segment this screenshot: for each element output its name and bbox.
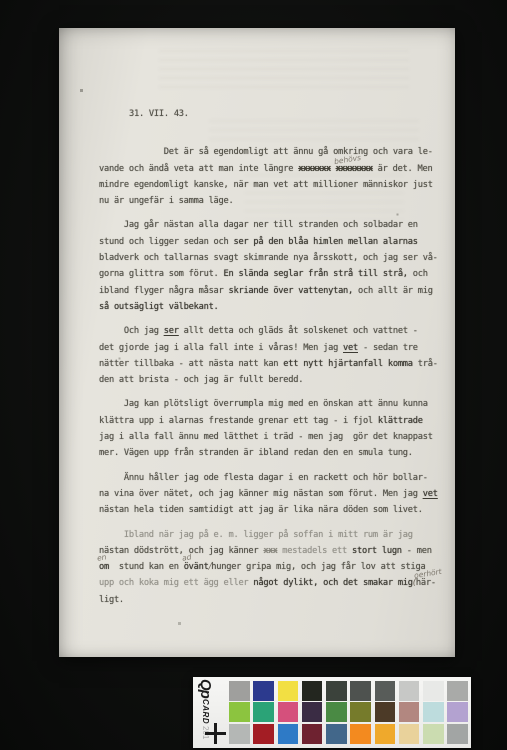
color-patch-row (229, 702, 468, 722)
typed-paragraph: Jag går nästan alla dagar ner till stran… (99, 217, 451, 315)
color-patch (423, 702, 444, 722)
typed-line: Jag kan plötsligt överrumpla mig med en … (99, 396, 451, 412)
color-patch (326, 724, 347, 744)
registration-cross-icon (205, 723, 226, 744)
color-patch-row (229, 681, 468, 701)
typed-paragraph: Ännu håller jag ode flesta dagar i en ra… (99, 470, 451, 519)
bleed-through-smudge (159, 50, 409, 92)
typed-line: jag i alla fall ännu med lätthet i träd … (99, 429, 451, 445)
typed-line: ligt. (99, 592, 451, 608)
color-patch (399, 702, 420, 722)
color-patch (447, 724, 468, 744)
typed-paragraph: Och jag ser allt detta och gläds åt sols… (99, 323, 451, 388)
color-patch (375, 702, 396, 722)
letter-body: Det är så egendomligt att ännu gå omkrin… (99, 144, 451, 608)
brand-qp: Qp (197, 679, 214, 698)
typed-line: nästan dödstrött, och jag känner xxx mes… (99, 543, 451, 559)
color-patch (350, 681, 371, 701)
typed-paragraph: Det är så egendomligt att ännu gå omkrin… (99, 144, 451, 209)
brand-card: CARD (201, 699, 210, 724)
typed-line: så outsägligt välbekant. (99, 299, 451, 315)
typed-line: Jag går nästan alla dagar ner till stran… (99, 217, 451, 233)
color-patch (302, 681, 323, 701)
color-patch (278, 681, 299, 701)
color-patch (278, 702, 299, 722)
color-patch (278, 724, 299, 744)
typed-line: na vina över nätet, och jag känner mig n… (99, 486, 451, 502)
color-calibration-card: QpCARD201 (193, 677, 471, 748)
typed-line: Och jag ser allt detta och gläds åt sols… (99, 323, 451, 339)
letter-date: 31. VII. 43. (129, 106, 451, 122)
handwritten-annotation: ad (181, 552, 192, 562)
typed-paragraph: Ibland när jag på e. m. ligger på soffan… (99, 527, 451, 608)
color-patch (375, 681, 396, 701)
typed-line: Ännu håller jag ode flesta dagar i en ra… (99, 470, 451, 486)
color-patch (423, 681, 444, 701)
color-patch (447, 681, 468, 701)
color-patch (229, 724, 250, 744)
color-patch (229, 681, 250, 701)
typed-line: Det är så egendomligt att ännu gå omkrin… (99, 144, 451, 160)
handwritten-annotation: en (96, 552, 107, 562)
typed-line: omen stund kan en öväntad/hunger gripa m… (99, 559, 451, 575)
typed-line: mindre egendomligt kanske, när man vet a… (99, 177, 451, 193)
typed-line: nästan hela tiden samtidigt att jag är l… (99, 502, 451, 518)
typed-line: stund och ligger sedan och ser på den bl… (99, 234, 451, 250)
typed-line: nätter tillbaka - att nästa natt kan ett… (99, 356, 451, 372)
typed-line: det gjorde jag i alla fall inte i våras!… (99, 340, 451, 356)
color-patch (253, 681, 274, 701)
typed-line: Ibland när jag på e. m. ligger på soffan… (99, 527, 451, 543)
color-patch (302, 702, 323, 722)
color-patch (302, 724, 323, 744)
color-patch (399, 681, 420, 701)
typed-line: gorna glittra som förut. En slända segla… (99, 266, 451, 282)
color-patch-grid (229, 677, 471, 748)
color-patch (399, 724, 420, 744)
color-patch (423, 724, 444, 744)
typed-line: den att brista - och jag är fullt beredd… (99, 372, 451, 388)
color-patch-row (229, 724, 468, 744)
color-patch (253, 702, 274, 722)
typed-line: mer. Vägen upp från stranden är ibland r… (99, 445, 451, 461)
card-label: QpCARD201 (193, 677, 229, 748)
color-patch (350, 702, 371, 722)
color-patch (375, 724, 396, 744)
color-patch (350, 724, 371, 744)
color-patch (447, 702, 468, 722)
typed-paragraph: Jag kan plötsligt överrumpla mig med en … (99, 396, 451, 461)
color-patch (229, 702, 250, 722)
color-patch (253, 724, 274, 744)
typed-line: klättra upp i alarnas frestande grenar e… (99, 413, 451, 429)
typed-line: ibland flyger några måsar skriande över … (99, 283, 451, 299)
scanned-photo: 31. VII. 43. Det är så egendomligt att ä… (0, 0, 507, 750)
letter-page: 31. VII. 43. Det är så egendomligt att ä… (59, 28, 455, 657)
color-patch (326, 702, 347, 722)
typed-line: upp och koka mig ett ägg eller något dyl… (99, 575, 451, 591)
dust-specks (59, 28, 60, 29)
typed-line: bladverk och tallarnas svagt skimrande n… (99, 250, 451, 266)
color-patch (326, 681, 347, 701)
typed-text: 31. VII. 43. Det är så egendomligt att ä… (99, 106, 451, 616)
typed-line: nu är ungefär i samma läge. (99, 193, 451, 209)
typed-line: vande och ändå veta att man inte längre … (99, 161, 451, 177)
